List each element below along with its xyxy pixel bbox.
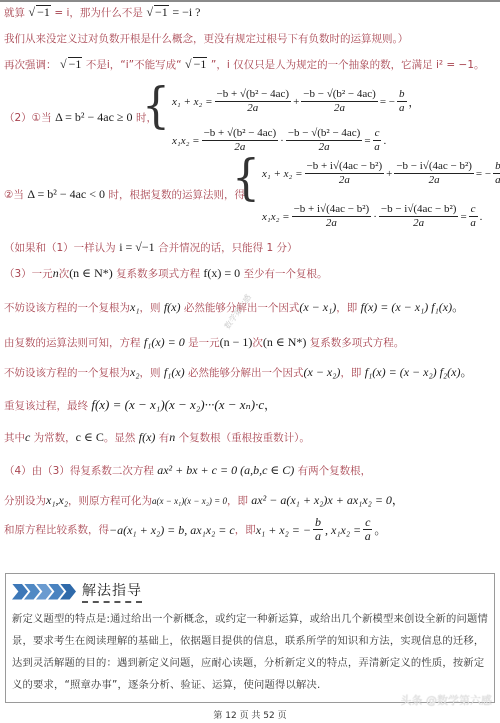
part-4-statement: （4）由（3）得复系数二次方程 ax² + bx + c = 0 (a,b,c … [4, 463, 371, 478]
part-3-step-3: 不妨设该方程的一个复根为x₂，则 f₁(x) 必然能够分解出一个因式(x − x… [4, 365, 472, 380]
text: ，则 [140, 367, 164, 379]
math-expr: f₁(x) [164, 365, 185, 379]
solution-guide-title: 解法指导 [82, 580, 142, 603]
sqrt-expr: −1 [68, 57, 83, 70]
math-expr: (n ∈ N*) [69, 266, 113, 280]
math-expr: f(x) [139, 430, 156, 444]
math-expr: (x − x₂) [304, 365, 341, 379]
math-expr: ax² − a(x₁ + x₂)x + ax₁x₂ = 0 [251, 493, 392, 507]
text: ”，i 仅仅只是人为规定的一个抽象的数，它满足 i² = −1。 [211, 59, 485, 71]
chevron-arrows-icon [12, 584, 72, 600]
text: 复系数多项式方程 [113, 268, 204, 280]
text: 是一元 [185, 337, 220, 349]
math-expr: a(x − x₁)(x − x₂) = 0 [152, 496, 227, 506]
scoring-note: （如果和（1）一样认为 i = √−1 合并情况的话，只能得 1 分） [4, 240, 298, 255]
math-expr: f₁(x) = 0 [144, 335, 185, 349]
fraction: ca [363, 516, 372, 543]
math-expr: x₂ [130, 365, 140, 379]
solution-guide-header: 解法指导 [12, 580, 142, 603]
solution-guide-box: 解法指导 新定义题型的特点是:通过给出一个新概念，或约定一种新运算，或给出几个新… [5, 573, 495, 703]
text: 再次强调： [4, 59, 57, 71]
case-delta-nonneg-label: （2）①当 Δ = b² − 4ac ≥ 0 时， [4, 110, 157, 125]
math-expr: f(x) = (x − x₁)(x − x₂)···(x − xₙ)·c [91, 397, 264, 412]
math-expr: (x − x₁) [299, 300, 336, 314]
case-delta-neg-label: ②当 Δ = b² − 4ac < 0 时，根据复数的运算法则，得 [4, 187, 245, 202]
equation-system-complex: { x₁ + x₂ = −b + i√(4ac − b²)2a + −b − i… [232, 160, 500, 230]
text: 为常数， [30, 432, 75, 444]
text: 。显然 [104, 432, 139, 444]
math-expr: (n − 1) [220, 335, 253, 349]
text: ，即 [227, 495, 251, 507]
math-expr: i = √−1 [119, 240, 154, 254]
math-expr: ax² + bx + c = 0 (a,b,c ∈ C) [157, 463, 294, 477]
text: （4）由（3）得复系数二次方程 [4, 465, 157, 477]
math-expr: f(x) = 0 [203, 266, 240, 280]
math-expr: f₁(x) = (x − x₂) f₂(x) [365, 365, 461, 379]
part-3-conclusion: 其中c 为常数，c ∈ C。显然 f(x) 有n 个复数根（重根按重数计）。 [4, 430, 310, 445]
math-expr: −a(x₁ + x₂) = b, ax₁x₂ = c [109, 523, 235, 537]
math-expr: c ∈ C [76, 430, 104, 444]
text: 。 [374, 523, 386, 537]
text: ，则原方程可化为 [68, 495, 152, 507]
text: 必然能够分解出一个因式 [185, 367, 304, 379]
text: ，即 [340, 367, 364, 379]
part-3-step-2: 由复数的运算法则可知，方程 f₁(x) = 0 是一元(n − 1)次(n ∈ … [4, 335, 404, 350]
fraction: ba [313, 516, 323, 543]
math-condition: Δ = b² − 4ac < 0 [27, 187, 105, 201]
math-expr: , x₁x₂ = [325, 523, 361, 537]
text: ，即 [336, 302, 360, 314]
text: 不是i，“i”不能写成“ [86, 59, 182, 71]
text: 次 [59, 268, 70, 280]
math-expr: (n ∈ N*) [263, 335, 307, 349]
watermark-bottom-right: 头条 @数学第六感 [401, 692, 493, 708]
math-expr: f(x) = (x − x₁) f₁(x) [361, 300, 453, 314]
text: 合并情况的话，只能得 1 分） [158, 242, 297, 254]
part-4-step-1: 分别设为x₁,x₂，则原方程可化为a(x − x₁)(x − x₂) = 0，即… [4, 493, 404, 508]
text: 重复该过程，最终 [4, 400, 91, 412]
text: 时，根据复数的运算法则，得 [109, 189, 246, 201]
line-reemphasize: 再次强调： √−1 不是i，“i”不能写成“ √−1 ”，i 仅仅只是人为规定的… [4, 57, 485, 72]
text: 。 [452, 300, 464, 314]
text: ②当 [4, 189, 24, 201]
page-number: 第 12 页 共 52 页 [0, 708, 500, 721]
text: ，则 [140, 302, 164, 314]
math-expr: x₁,x₂ [46, 493, 68, 507]
text: （如果和（1）一样认为 [4, 242, 116, 254]
text: 由复数的运算法则可知，方程 [4, 337, 144, 349]
solution-guide-body: 新定义题型的特点是:通过给出一个新概念，或约定一种新运算，或给出几个新模型来创设… [12, 608, 490, 696]
math-expr: x₁ + x₂ = − [256, 523, 311, 537]
part-3-statement: （3）一元n次(n ∈ N*) 复系数多项式方程 f(x) = 0 至少有一个复… [4, 266, 328, 281]
sqrt-expr: −1 [36, 5, 51, 18]
text: = −i ? [172, 5, 200, 19]
text: 其中 [4, 432, 25, 444]
equation-system-real: { x₁ + x₂ = −b + √(b² − 4ac)2a + −b − √(… [142, 88, 420, 154]
text: ，即 [235, 523, 256, 537]
text: 不妨设该方程的一个复根为 [4, 367, 130, 379]
sqrt-expr: −1 [154, 5, 169, 18]
text: （2）①当 [4, 112, 52, 124]
text: 不妨设该方程的一个复根为 [4, 302, 130, 314]
part-4-step-2: 和原方程比较系数，得−a(x₁ + x₂) = b, ax₁x₂ = c，即 x… [4, 516, 386, 543]
text: 。 [460, 365, 472, 379]
text: （3）一元 [4, 268, 53, 280]
text: 复系数多项式方程。 [306, 337, 404, 349]
text: 有 [155, 432, 169, 444]
text: ， [392, 493, 404, 507]
line-never-defined: 我们从来没定义过对负数开根是什么概念，更没有规定过根号下有负数时的运算规则。） [4, 32, 408, 46]
part-3-step-4: 重复该过程，最终 f(x) = (x − x₁)(x − x₂)···(x − … [4, 398, 276, 413]
sqrt-expr: −1 [193, 57, 208, 70]
text: 分别设为 [4, 495, 46, 507]
math-expr: x₁ [130, 300, 140, 314]
text: 就算 [4, 7, 25, 19]
text: 个复数根（重根按重数计）。 [175, 432, 310, 444]
text: 有两个复数根， [294, 465, 371, 477]
text: = i，那为什么不是 [54, 7, 143, 19]
left-brace-icon: { [232, 157, 260, 234]
top-rule [0, 0, 500, 2]
left-brace-icon: { [142, 85, 170, 158]
line-why-not-minus-i: 就算 √−1 = i，那为什么不是 √−1 = −i ? [4, 5, 201, 20]
text: ， [264, 398, 276, 412]
text: 次 [252, 337, 263, 349]
math-condition: Δ = b² − 4ac ≥ 0 [55, 110, 132, 124]
text: 和原方程比较系数，得 [4, 523, 109, 537]
text: 至少有一个复根。 [240, 268, 327, 280]
math-expr: f(x) [164, 300, 181, 314]
